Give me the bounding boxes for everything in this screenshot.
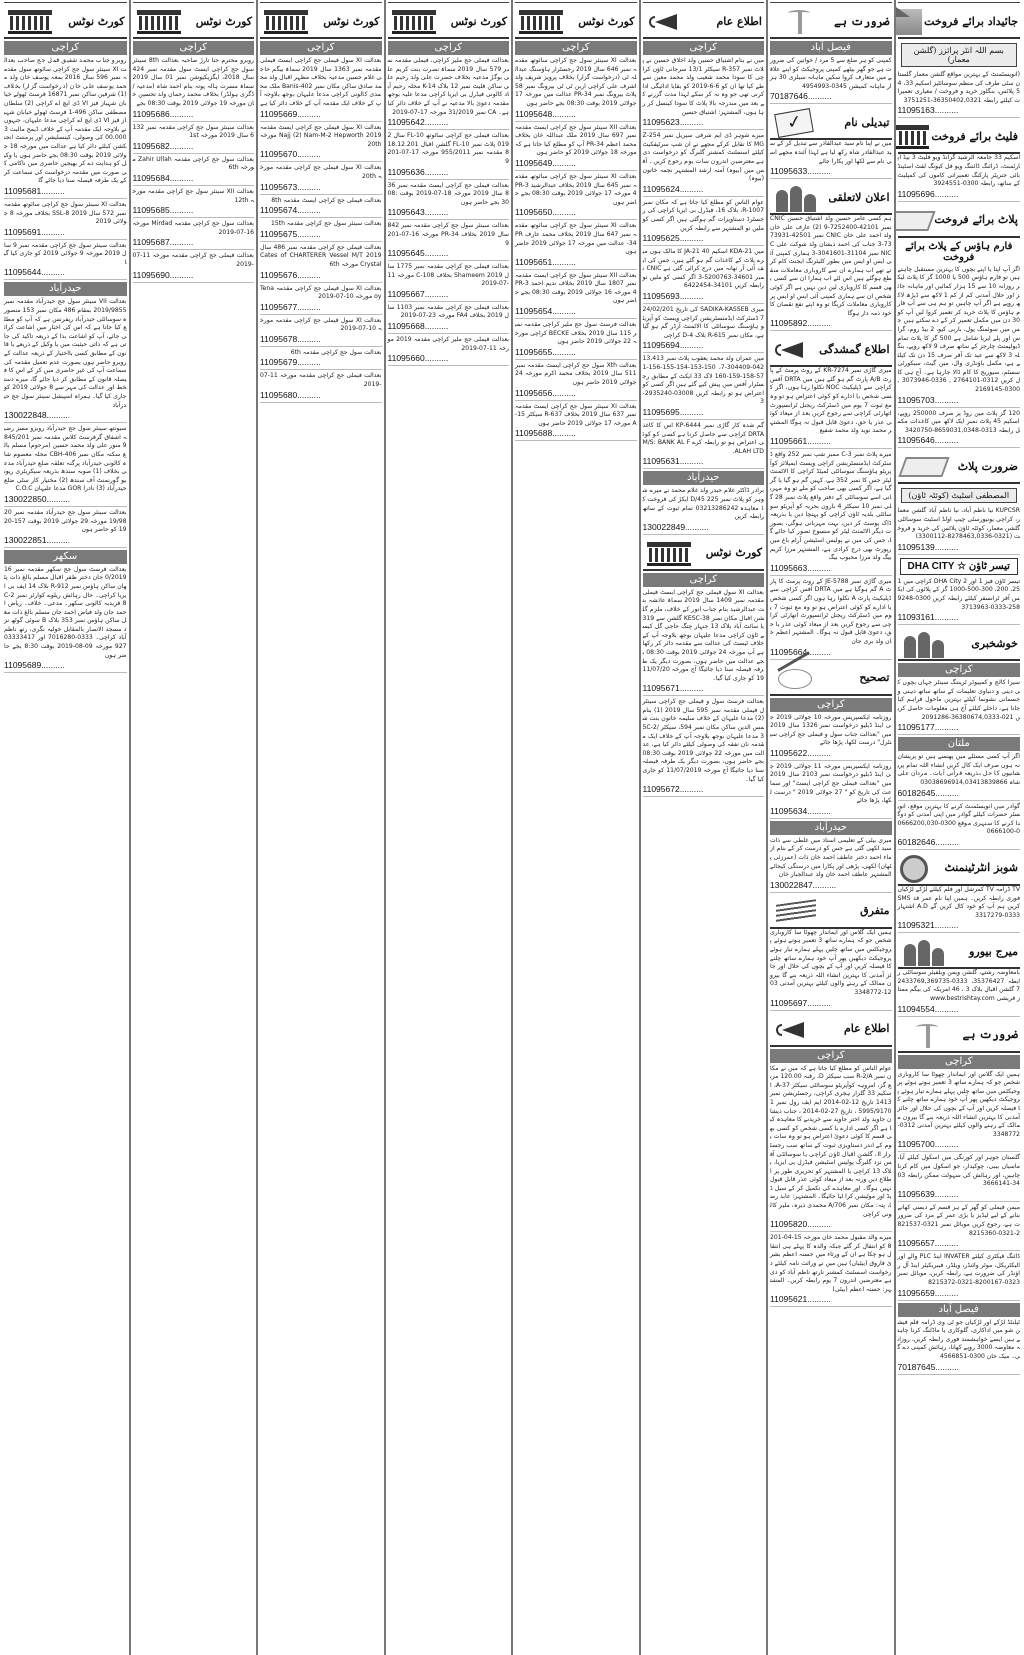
ad-reference-number: 11095681.......... [4,186,127,199]
ad-reference-number: 11095685.......... [133,205,255,218]
ad-body-text: (انویسٹمنٹ کے بہترین مواقع گلشن معمار گل… [898,71,1021,105]
section-title: اعلان لاتعلقی [828,191,889,204]
tree-icon [904,1022,944,1050]
ad-reference-number: 11095892.......... [770,318,892,331]
ad-reference-number: 11095672.......... [643,784,765,797]
ad-reference-number: 11095675.......... [260,229,382,242]
column-7: کورٹ نوٹسکراچیروبرو محترم حنا تارڑ صاحبہ… [130,0,258,1655]
stripes-icon [776,899,816,923]
section-title: اطلاع گمشدگی [819,343,889,356]
ad-body-text: بعدالت XI سینئر سول جج کراچی سائوتھ مقدم… [4,201,127,227]
ad-reference-number: 11095139.......... [898,542,1021,555]
boxed-heading: بسم اللہ انٹر پرائزز (گلشن معمار) [901,43,1018,67]
column-8: کورٹ نوٹسکراچیروبرو جناب محمد شفیق قمل ج… [2,0,130,1655]
ad-body-text: ہم کسی عامر حسین ولد اشتیاق حسین CNIC نم… [770,215,892,318]
region-bar: کراچی [898,1055,1021,1069]
ad-reference-number: 130022848.......... [4,410,127,423]
ad-reference-number: 11094554.......... [898,1004,1021,1017]
courthouse-icon [519,10,563,34]
section-header: اطلاع عام [643,5,765,39]
ad-body-text: بعدالت سینئر سول جج حیدرآباد مقدمہ نمبر … [4,509,127,535]
section-header: کورٹ نوٹس [4,5,127,39]
plot-icon [898,457,949,477]
ad-body-text: روبرو جناب محمد شفیق قمل جج صاحب بعدالت … [4,57,127,186]
section-title: فلیٹ برائے فروخت [931,130,1018,143]
ad-body-text: میں نے بنام اشتیاق حسین ولد اخلاق حسین ن… [643,57,765,117]
ad-body-text: KUPCSR نیا ناظم آباد، نیا ناظم آباد گلشن… [898,507,1021,541]
section-header: اعلان لاتعلقی [770,181,892,215]
section-header: کورٹ نوٹس [515,5,637,39]
ad-reference-number: 130022847.......... [770,880,892,893]
ad-reference-number: 11095696.......... [898,189,1021,202]
ad-body-text: بعدالت XII سینئر سول جج کراچی مقدمہ مورخ… [133,188,255,205]
ad-reference-number: 11095695.......... [643,407,765,420]
ad-reference-number: 11095682.......... [133,141,255,154]
ad-reference-number: 11095634.......... [770,806,892,819]
region-bar: سکھر [4,550,127,564]
ad-reference-number: 11095663.......... [770,563,892,576]
ad-reference-number: 70187645.......... [898,1362,1021,1375]
section-illustration [390,6,438,36]
ad-body-text: بعدالت XI سول فیملی جج کراچی مقدمہ مورخہ… [260,164,382,181]
ad-reference-number: 11095621.......... [770,1294,892,1307]
section-illustration [262,6,310,36]
ad-reference-number: 11095684.......... [133,173,255,186]
column-5: کورٹ نوٹسکراچیبعدالت فیملی جج ملیر کراچی… [385,0,513,1655]
ad-body-text: TV ڈرامہ TV کمرشل اور فلم کیلئے لڑکے لڑک… [898,886,1021,920]
ad-body-text: بعدالت فیملی جج کراچی مقدمہ نمبر 1775 سا… [388,263,510,289]
ad-body-text: ہمیں ایک گلاس اور ایماندار چھوٹا سا کارو… [770,929,892,998]
ad-reference-number: 11093161.......... [898,612,1021,625]
section-header: جائیداد برائے فروخت [898,5,1021,39]
ad-reference-number: 11095646.......... [898,435,1021,448]
ad-reference-number: 11095694.......... [643,340,765,353]
section-title: تبدیلی نام [844,116,889,129]
ad-reference-number: 11095677.......... [260,302,382,315]
ad-reference-number: 11095679.......... [260,357,382,370]
ad-body-text: کمپنی کو ہر ضلع سے 5 مرد / خواتین کی ضرو… [770,57,892,91]
ad-reference-number: 11095660.......... [388,353,510,366]
section-illustration [772,182,820,212]
ad-body-text: سیونتھ سینئر سول جج حیدرآباد روبرو مسز ر… [4,425,127,494]
ad-reference-number: 11095622.......... [770,748,892,761]
ad-body-text: بعدالت فرسٹ سول و فیملی جج کراچی سینٹرل … [643,698,765,784]
ad-body-text: بعدالت XI سینئر سول جج کراچی سائوتھ مقدم… [515,222,637,256]
ad-body-text: بعدالت سینئر سول جج کراچی مقدمہ نمبر 842… [388,222,510,248]
ad-reference-number: 11095643.......... [388,207,510,220]
region-bar: کراچی [643,573,765,587]
section-title: شوبز انٹرٹینمنٹ [944,861,1018,874]
section-illustration [895,205,935,235]
ad-body-text: بعدالت فیملی جج ملیر کراچی، فیملی مقدمہ … [388,57,510,117]
ad-body-text: میں عمران ولد محمد یعقوب پلاٹ نمبر 13,41… [643,355,765,407]
ad-reference-number: 11095671.......... [643,683,765,696]
section-illustration [900,936,948,966]
ad-reference-number: 60182645.......... [898,788,1021,801]
ad-body-text: بعدالت فیملی جج کراچی مقدمہ مورخہ 11-07-… [260,372,382,389]
region-bar: حیدرآباد [770,821,892,835]
document-check-icon [774,108,814,138]
courthouse-icon [8,10,52,34]
ad-body-text: بعدالت XII سینئر سول جج کراچی ایسٹ مقدمہ… [515,124,637,158]
section-title: اطلاع عام [844,1022,890,1035]
ad-reference-number: 11095657.......... [898,1238,1021,1251]
ad-reference-number: 11095651.......... [515,257,637,270]
ad-reference-number: 11095645.......... [388,248,510,261]
ad-reference-number: 11095642.......... [388,117,510,130]
ad-body-text: روبرو محترم حنا تارڑ صاحبہ بعدالت 8th سی… [133,57,255,109]
ad-body-text: بعدالت Xth سول جج کراچی ایسٹ مقدمہ نمبر … [515,362,637,388]
courthouse-icon [137,10,181,34]
ad-body-text: اسکیم 33 جامعہ الرشید گرانڈ ویو فلیٹ 3 ب… [898,154,1021,188]
region-bar: کراچی [515,41,637,55]
column-top-rule [133,0,255,3]
house-icon [895,9,923,35]
ad-body-text: اگر آپ اپنا یا اپنے بچوں کا بہترین مستقب… [898,266,1021,395]
section-header: تبدیلی نام [770,106,892,140]
section-illustration [645,6,693,36]
region-bar: کراچی [770,698,892,712]
region-bar: حیدرآباد [643,471,765,485]
ad-body-text: بعدالت XI سینئر سول جج کراچی سائوتھ مقدم… [515,173,637,207]
section-title: کورٹ نوٹس [323,15,379,28]
ad-reference-number: 11095673.......... [260,182,382,195]
ad-body-text: اگر آپ کسی مسئلے میں پھنسے ہیں تو پریشان… [898,753,1021,787]
ad-reference-number: 11095636.......... [388,167,510,180]
courthouse-icon [895,125,930,149]
region-bar: ملتان [898,737,1021,751]
section-title: ضرورت ہے [834,15,889,28]
section-illustration [772,1014,820,1044]
section-header: متفرق [770,895,892,929]
ad-reference-number: 11095639.......... [898,1189,1021,1202]
section-title: جائیداد برائے فروخت [924,15,1018,28]
column-4: کورٹ نوٹسکراچیبعدالت XI سینئر سول جج کرا… [512,0,640,1655]
ad-body-text: بعدالت فیملی جج کراچی مقدمہ نمبر 1103 سا… [388,304,510,321]
section-title: کورٹ نوٹس [706,546,762,559]
ad-reference-number: 11095689.......... [4,660,127,673]
ad-reference-number: 11095693.......... [643,291,765,304]
ad-reference-number: 11095691.......... [4,227,127,240]
section-header: پلاٹ برائے فروخت [898,204,1021,238]
ad-body-text: بعدالت فیملی جج کراچی ایسٹ مقدمہ 8th [260,197,382,206]
ad-reference-number: 11095674.......... [260,205,382,218]
ad-headline: فارم ہاؤس کے پلاٹ برائے فروخت [898,241,1021,263]
ad-reference-number: 130022850.......... [4,494,127,507]
ad-reference-number: 11095625.......... [643,233,765,246]
megaphone-icon [649,10,685,34]
ad-reference-number: 11095631.......... [643,456,765,469]
section-illustration [772,896,820,926]
section-header: اطلاع عام [770,1013,892,1047]
ad-reference-number: 11095163.......... [898,105,1021,118]
region-bar: کراچی [898,663,1021,677]
ad-body-text: بعدالت XI سینئر سول جج کراچی ایسٹ مقدمہ … [515,403,637,429]
ad-body-text: بعدالت VII سینئر سول جج حیدرآباد مقدمہ ن… [4,298,127,410]
region-bar: فیصل آباد [770,41,892,55]
section-illustration [772,663,820,693]
courthouse-icon [264,10,308,34]
section-illustration [135,6,183,36]
column-top-rule [898,0,1021,3]
region-bar: حیدرآباد [4,282,127,296]
column-top-rule [515,0,637,3]
film-reel-icon [900,855,928,883]
people-icon [902,938,946,966]
region-bar: کراچی [4,41,127,55]
section-illustration [895,121,932,151]
ad-body-text: بعدالت سینئر سول جج کراچی مقدمہ نمبر 132… [133,124,255,141]
column-top-rule [643,0,765,3]
section-title: متفرق [860,904,889,917]
ad-reference-number: 11095700.......... [898,1139,1021,1152]
ad-body-text: بعدالت فیملی جج کراچی سائوتھ FL-10 سال 2… [388,132,510,166]
plot-icon [895,211,937,231]
ad-body-text: سیرا کالج و کمپیوٹر ٹریننگ سینٹر جہاں بچ… [898,679,1021,722]
ad-body-text: ٹیلنٹڈ لڑکے اور لڑکیاں جو ٹی وی ڈرامہ فل… [898,1319,1021,1362]
ad-body-text: بامعاوضہ رشتے، گلشن ویمن ویلفیئر سوسائٹی… [898,969,1021,1003]
section-header: میرج بیورو [898,935,1021,969]
section-illustration [645,538,693,568]
ad-reference-number: 11095661.......... [770,436,892,449]
ad-body-text: میری گاڑی نمبر JE-5788 کے روٹ پرمٹ کا پا… [770,578,892,647]
ad-body-text: بعدالت XII سینئر سول جج کراچی ایسٹ مقدمہ… [515,272,637,306]
ad-reference-number: 11095678.......... [260,334,382,347]
section-title: ضرورت پلاٹ [958,460,1018,473]
section-illustration [895,6,925,36]
ad-body-text: بعدالت XI سول فیملی جج کراچی مقدمہ مورخہ… [260,317,382,334]
column-3: اطلاع عامکراچیمیں نے بنام اشتیاق حسین ول… [640,0,768,1655]
ad-body-text: میمن فیملی کو گھر کے ہر قسم کے دیسی کھان… [898,1204,1021,1238]
column-top-rule [260,0,382,3]
ad-body-text: بعدالت سینئر سول جج کراچی مقدمہ 15th [260,220,382,229]
ad-body-text: میں KDA-21 اسکیم 40 JA-21 کا مالک ہوں می… [643,248,765,291]
region-bar: کراچی [133,41,255,55]
section-header: فلیٹ برائے فروخت [898,120,1021,154]
region-bar: کراچی [643,41,765,55]
column-top-rule [388,0,510,3]
ad-body-text: میرے والد مقبول محمد خان مورخہ 15-04-201… [770,1234,892,1294]
ad-body-text: روزنامہ ایکسپریس مورخہ 10 جولائی 2019 جی… [770,714,892,748]
tree-icon [776,8,816,36]
ad-reference-number: 11095649.......... [515,158,637,171]
ad-reference-number: 11095820.......... [770,1219,892,1232]
section-title: اطلاع عام [717,15,763,28]
section-title: میرج بیورو [969,945,1018,958]
ad-body-text: بعدالت XI سول فیملی جج کراچی ایسٹ فیملی … [643,589,765,684]
ad-reference-number: 11095624.......... [643,184,765,197]
section-header: ضرورت ہے [898,1019,1021,1053]
ad-reference-number: 11095690.......... [133,270,255,283]
boxed-heading: المصطفی اسٹیٹ (کوئٹہ ٹاؤن) [901,488,1018,503]
ad-body-text: میری بیٹی کے تعلیمی اسناد میں غلطی سے ذا… [770,837,892,880]
section-header: کورٹ نوٹس [133,5,255,39]
section-header: اطلاع گمشدگی [770,333,892,367]
ad-body-text: عوام الناس کو مطلع کیا جاتا ہے کہ میں نے… [770,1065,892,1220]
people-icon [902,630,946,658]
ad-reference-number: 11095659.......... [898,1288,1021,1301]
region-bar: فیصل آباد [898,1303,1021,1317]
section-title: کورٹ نوٹس [196,15,252,28]
ad-body-text: گم شدہ کار گاڑی نمبر KP-6444 اس کا کاغذ … [643,422,765,456]
ad-body-text: بعدالت سینئر سول جج کراچی مقدمہ نمبر 9 س… [4,242,127,268]
ad-body-text: ہمیں ایک گلاس اور ایماندار چھوٹا سا کارو… [898,1071,1021,1140]
section-header: کورٹ نوٹس [260,5,382,39]
ad-reference-number: 11095669.......... [260,109,382,122]
ad-body-text: گلستان جوہر اور کورنگی میں اسکول کیلئے آ… [898,1154,1021,1188]
ad-body-text: بعدالت فرسٹ سول جج ملیر کراچی مقدمہ نمبر… [515,321,637,347]
ad-body-text: بعدالت XI سینئر سول جج کراچی سائوتھ مقدم… [515,57,637,109]
ad-body-text: بعدالت XI سول فیملی جج کراچی ایسٹ مقدمہ … [260,124,382,150]
column-top-rule [4,0,127,3]
section-illustration [517,6,565,36]
ad-body-text: گوادر میں انویسٹمنٹ کرنے کا بہترین موقع،… [898,803,1021,837]
ad-reference-number: 70187646.......... [770,91,892,104]
ad-body-text: بعدالت فیملی جج کراچی مقدمہ مورخہ 11-07-… [133,252,255,269]
ad-reference-number: 11095654.......... [515,306,637,319]
section-header: شوبز انٹرٹینمنٹ [898,852,1021,886]
section-header: ضرورت پلاٹ [898,450,1021,484]
ad-reference-number: 11095670.......... [260,149,382,162]
section-title: کورٹ نوٹس [578,15,634,28]
ad-body-text: ڈائنگ فیکٹری کیلئے INVATER اینڈ PLC والے… [898,1253,1021,1287]
ad-body-text: بعدالت سول جج کراچی مقدمہ Zahir Ullah مو… [133,156,255,173]
section-illustration [772,6,820,36]
section-title: کورٹ نوٹس [451,15,507,28]
ad-reference-number: 11095680.......... [260,390,382,403]
ad-reference-number: 11095656.......... [515,388,637,401]
section-illustration [900,628,948,658]
ad-body-text: بعدالت XI سول فیملی جج کراچی ایسٹ فیملی … [260,57,382,109]
section-title: خوشخبری [971,637,1018,650]
ad-body-text: بعدالت فیملی جج کراچی ایسٹ مقدمہ نمبر 36… [388,182,510,208]
ad-reference-number: 60182646.......... [898,837,1021,850]
ad-reference-number: 11095623.......... [643,117,765,130]
ad-reference-number: 11095664.......... [770,647,892,660]
ad-reference-number: 11095644.......... [4,267,127,280]
people-icon [774,184,818,212]
ad-reference-number: 11095676.......... [260,270,382,283]
section-title: ضرورت ہے [963,1028,1018,1041]
ad-reference-number: 11095697.......... [770,998,892,1011]
ad-reference-number: 11095633.......... [770,166,892,179]
ad-body-text: بعدالت فرسٹ سول جج سکھر مقدمہ نمبر 160/2… [4,566,127,661]
ad-body-text: میں نے اپنا نام سید عبدالقادر سے تبدیل ک… [770,140,892,166]
ad-reference-number: 11095177.......... [898,722,1021,735]
section-illustration [771,334,819,364]
section-title: تصحیح [859,671,889,684]
ad-body-text: بعدالت فیملی جج کراچی مقدمہ نمبر 486 سال… [260,244,382,270]
dha-city-banner: تیسر ٹاؤن ☆ DHA CITY [900,558,1019,575]
ad-reference-number: 11095650.......... [515,207,637,220]
ad-reference-number: 11095668.......... [388,321,510,334]
ad-body-text: بعدالت سول جج کراچی مقدمہ Mirdad مورخہ 1… [133,220,255,237]
ad-body-text: تیسر ٹاؤن فیز 1 اور 2 DHA City کراچی میں… [898,578,1021,612]
section-illustration [900,451,948,481]
section-title: پلاٹ برائے فروخت [934,213,1018,226]
column-6: کورٹ نوٹسکراچیبعدالت XI سول فیملی جج کرا… [257,0,385,1655]
ad-reference-number: 11095703.......... [898,395,1021,408]
courthouse-icon [647,542,691,566]
ad-body-text: بعدالت سول جج کراچی مقدمہ 6th [260,349,382,358]
ad-reference-number: 11095688.......... [515,428,637,441]
region-bar: کراچی [770,1049,892,1063]
ad-body-text: میرے شوہر ڈی ایم شرفی سیریل نمبر 254-ZMG… [643,132,765,184]
section-header: تصحیح [770,662,892,696]
ad-body-text: بعدالت XI سول فیملی جج کراچی مقدمہ Tenao… [260,285,382,302]
ad-body-text: روزنامہ ایکسپریس مورخہ 11 جولائی 2019 جی… [770,763,892,806]
section-title: کورٹ نوٹس [68,15,124,28]
ad-body-text: میری گاڑی نمبر KR-7274 کے روٹ پرمٹ کے پا… [770,367,892,436]
ad-reference-number: 11095667.......... [388,289,510,302]
section-illustration [772,107,820,137]
region-bar: کراچی [388,41,510,55]
section-header: کورٹ نوٹس [643,537,765,571]
ad-reference-number: 130022849.......... [643,522,765,535]
ad-reference-number: 11095648.......... [515,109,637,122]
ad-body-text: میرے پلاٹ نمبر C-3 ممبر شپ نمبر 252 واقع… [770,451,892,563]
ad-body-text: بعدالت فیملی جج ملیر کراچی مقدمہ 2019 مو… [388,336,510,353]
ad-body-text: 120 گز پلاٹ مین روڈ پر صرف 250000 روپے، … [898,410,1021,436]
section-header: ضرورت ہے [770,5,892,39]
ad-reference-number: 130022851.......... [4,535,127,548]
megaphone-icon [776,1018,812,1042]
region-bar: کراچی [260,41,382,55]
section-header: خوشخبری [898,627,1021,661]
ad-reference-number: 11095686.......... [133,109,255,122]
section-header: کورٹ نوٹس [388,5,510,39]
section-illustration [900,1020,948,1050]
column-top-rule [770,0,892,3]
newspaper-page: جائیداد برائے فروختبسم اللہ انٹر پرائزز … [2,0,1022,1655]
ad-body-text: عوام الناس کو مطلع کیا جاتا ہے کہ مکان ن… [643,199,765,233]
courthouse-icon [392,10,436,34]
ad-reference-number: 11095655.......... [515,347,637,360]
section-illustration [896,853,944,883]
megaphone-icon [775,338,811,362]
ad-body-text: برادر ڈاکٹر غلام حیدر ولد غلام محمد نے م… [643,487,765,521]
column-2: ضرورت ہےفیصل آبادکمپنی کو ہر ضلع سے 5 مر… [767,0,895,1655]
column-1: جائیداد برائے فروختبسم اللہ انٹر پرائزز … [895,0,1023,1655]
section-illustration [6,6,54,36]
ad-body-text: میری SADIKA-KASSEB کی تاریخ 24/02/2017 ڈ… [643,306,765,340]
ad-reference-number: 11095321.......... [898,920,1021,933]
ad-reference-number: 11095687.......... [133,237,255,250]
